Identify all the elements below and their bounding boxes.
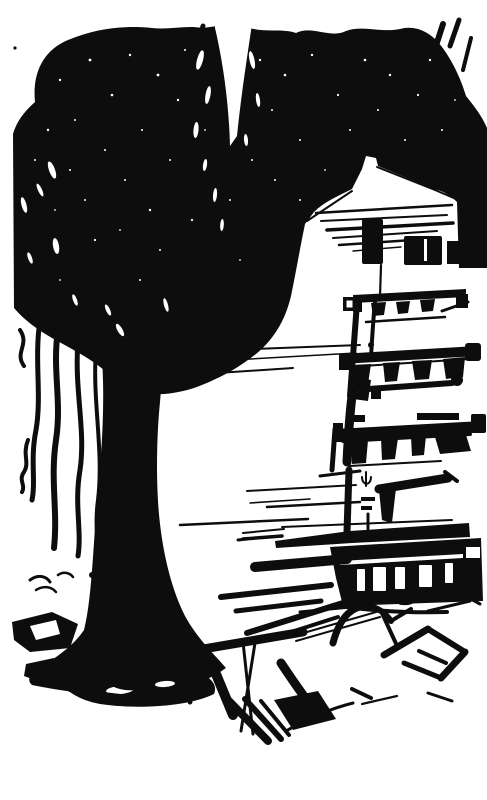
rubble-band xyxy=(221,559,347,611)
window-upper-left xyxy=(362,219,383,264)
ink-drawing: Ink sketch: old tree, house with balconi… xyxy=(0,0,487,800)
balcony-lower xyxy=(332,413,486,470)
illustration-canvas: Ink sketch: old tree, house with balconi… xyxy=(0,0,487,800)
tree-canopy xyxy=(13,26,487,394)
drainpipe xyxy=(380,265,381,297)
balcony-middle xyxy=(339,343,481,390)
window-upper-right xyxy=(404,236,460,265)
balcony-top xyxy=(343,289,468,322)
illustration-page: Ink sketch: old tree, house with balconi… xyxy=(0,0,487,800)
